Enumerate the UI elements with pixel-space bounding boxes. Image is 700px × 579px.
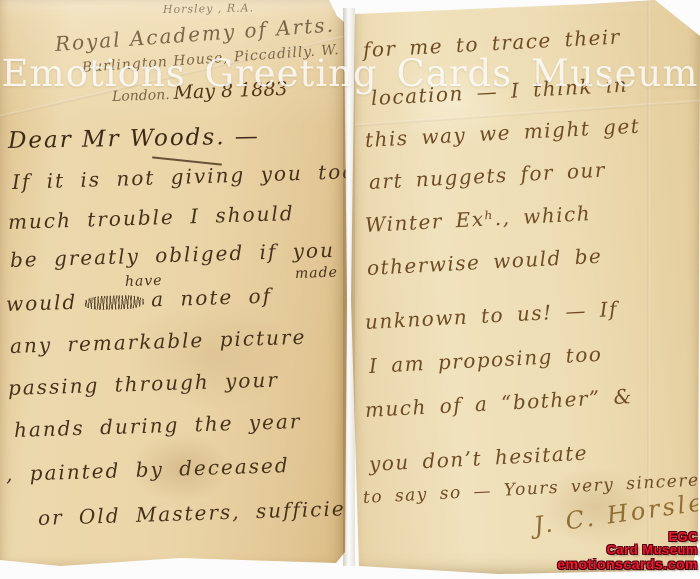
handwritten-date: May 8 1883 <box>173 78 288 104</box>
scanned-letter: Horsley , R.A. Royal Academy of Arts. Bu… <box>0 0 700 579</box>
letter-line: or Old Masters, sufficient <box>38 496 371 530</box>
letter-line: hands during the year <box>14 409 302 442</box>
inserted-word-right: made <box>295 265 338 282</box>
pencil-annotation: Horsley , R.A. <box>163 1 254 16</box>
letter-line: any remarkable picture <box>10 325 307 358</box>
letter-line-with-correction: woulda note of <box>6 284 273 316</box>
letter-line: passing through your <box>8 367 280 399</box>
letterhead-date-line: London.May 8 1883 <box>112 78 288 106</box>
letter-line: I am proposing too <box>368 342 603 378</box>
letter-line: much trouble I should <box>8 201 295 234</box>
letter-line: , painted by deceased <box>6 453 290 486</box>
letter-line: If it is not giving you too <box>12 159 357 194</box>
letter-line: location — I think in <box>370 73 628 110</box>
letter-line: much of a “bother” & <box>364 384 633 422</box>
stamp-line-url: emotionscards.com <box>557 557 698 572</box>
letter-line: you don’t hesitate <box>368 441 588 476</box>
letter-line: otherwise would be <box>366 244 603 280</box>
letter-line: unknown to us! — If <box>364 297 618 334</box>
letter-line: art nuggets for our <box>368 158 606 194</box>
letter-page-right: for me to trace their location — I think… <box>349 0 700 575</box>
stamp-line-card-museum: Card Museum <box>557 543 698 557</box>
line-text-before-scribble: would <box>6 290 78 316</box>
letter-page-left: Horsley , R.A. Royal Academy of Arts. Bu… <box>0 0 348 571</box>
letterhead-city: London. <box>112 87 170 105</box>
line-text-after-scribble: a note of <box>151 284 273 312</box>
letter-line: this way we might get <box>364 114 640 152</box>
letter-line: be greatly obliged if you <box>10 238 336 272</box>
letter-line: Winter Exʰ., which <box>364 201 591 237</box>
stamp-line-egc: EGC <box>557 530 698 544</box>
letter-line: for me to trace their <box>362 25 621 62</box>
scribbled-out-word <box>83 294 145 310</box>
salutation: Dear Mr Woods. — <box>8 124 260 154</box>
collection-stamp: EGC Card Museum emotionscards.com <box>557 530 698 572</box>
